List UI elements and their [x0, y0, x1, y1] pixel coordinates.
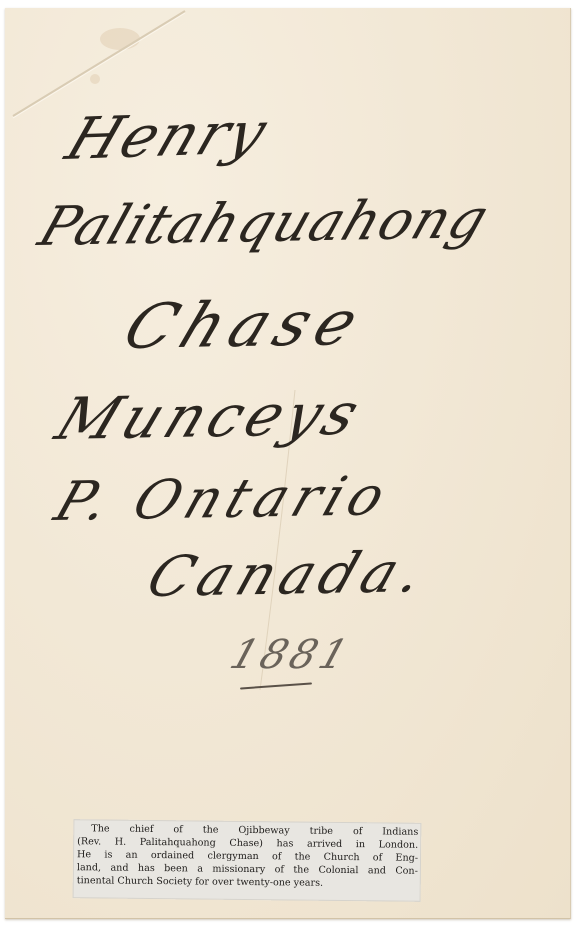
handwritten-country: Canada. [139, 540, 438, 610]
handwritten-province: P. Ontario [47, 464, 399, 533]
handwritten-native-name: Palitahquahong [31, 187, 497, 258]
handwritten-first-name: Henry [57, 98, 277, 173]
paper-stain [100, 28, 140, 50]
paper-stain [90, 74, 100, 84]
newspaper-clipping: The chief of the Ojibbeway tribe of Indi… [73, 819, 422, 902]
handwritten-place: Munceys [47, 380, 374, 453]
handwritten-surname: Chase [114, 286, 377, 363]
handwritten-year: 1881 [225, 632, 358, 678]
